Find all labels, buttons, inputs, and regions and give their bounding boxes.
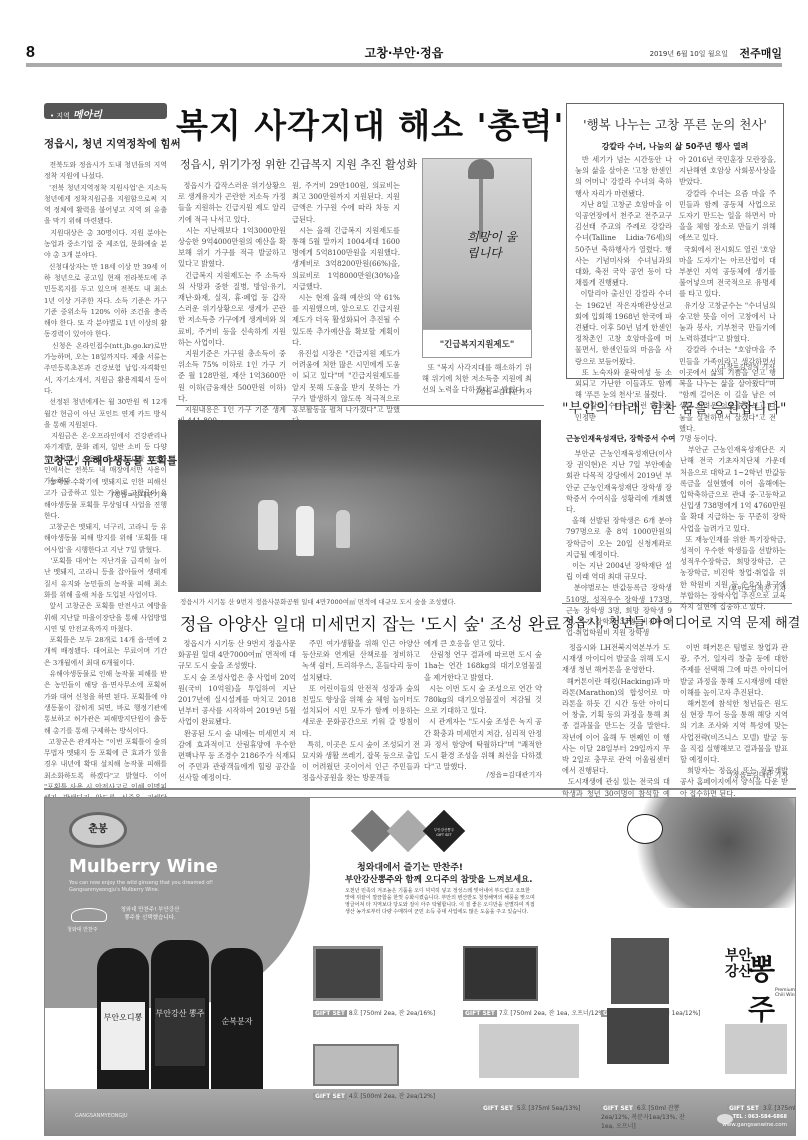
article-body: 정읍시와 LH전북지역본부가 도시재생 아이디어 발굴을 위해 도시재생 청년 … bbox=[562, 642, 670, 810]
main-subheadline: 정읍시, 위기가정 위한 긴급복지 지원 추진 활성화 bbox=[180, 156, 417, 172]
photo-caption: 정읍시가 시기동 산 9번지 정읍사문화공원 일대 4만7000여㎡ 면적에 대… bbox=[180, 597, 456, 606]
bell-icon bbox=[468, 159, 494, 179]
tree-canopy bbox=[178, 420, 541, 480]
gift-set-label: GIFT SET 4호 [500ml 2ea, 잔 2ea/12%] bbox=[313, 1091, 435, 1100]
article-wildlife-traps: 농작물 수확기에 멧돼지로 인한 피해신고가 급증하고 있는 가운데 고창군이 … bbox=[44, 477, 167, 828]
premium-label: Premium Chili Wine bbox=[775, 988, 796, 998]
tag-label: 메아리 bbox=[73, 110, 102, 121]
article-box-nun: '행복 나누는 고창 푸른 눈의 천사' 강칼라 수녀, 나눔의 삶 50주년 … bbox=[566, 103, 784, 379]
ad-website-link[interactable]: www.gangsanwine.com bbox=[722, 1122, 787, 1128]
chunbong-logo: 춘봉 bbox=[69, 812, 127, 848]
article-body: 주민 여가생활을 위해 인근 아양산 등산로와 연계된 산책로를 정비하고 녹색… bbox=[302, 638, 420, 784]
blue-house-text: 청와대 만찬주! 부안강산뽕주를 선택했습니다. bbox=[120, 906, 180, 922]
bottle-icon: 부안오디뽕 bbox=[97, 948, 149, 1098]
article-body: 전북도와 정읍시가 도내 청년들의 지역정착 지원에 나섰다. '전북 청년지역… bbox=[44, 160, 167, 488]
byline: /고창=김영식 기자 bbox=[717, 362, 775, 372]
ad-tagline: You can now enjoy the wild ginseng that … bbox=[69, 880, 229, 894]
article-subheadline: 강칼라 수녀, 나눔의 삶 50주년 행사 열려 bbox=[567, 141, 783, 152]
article-subheadline: 근농인재육성재단, 장학증서 수여 bbox=[566, 433, 676, 444]
mulberry-wine-advertisement: 춘봉 Mulberry Wine You can now enjoy the w… bbox=[44, 797, 796, 1136]
gift-set-label: GIFT SET 3호 [375ml 2ea/13%] bbox=[727, 1103, 796, 1112]
ad-phone: TEL : 063-584-6868 bbox=[733, 1114, 787, 1120]
ad-headline: 부안강산뽕주와 함께 오디주의 참맛을 느껴보세요. bbox=[345, 873, 533, 885]
article-youth-settlement: 전북도와 정읍시가 도내 청년들의 지역정착 지원에 나섰다. '전북 청년지역… bbox=[44, 160, 167, 500]
header-rule bbox=[26, 63, 782, 67]
child-figure bbox=[296, 506, 314, 556]
byline: /정읍=김대관기자 bbox=[424, 770, 542, 780]
gift-box-7 bbox=[463, 946, 538, 1001]
poster-calligraphy: 희망이 울립니다 bbox=[467, 229, 527, 261]
article-body: 부안군 근농인재육성재단(이사장 권익현)은 지난 7일 부안예술회관 다목적 … bbox=[566, 448, 672, 638]
ad-description: 오천년 민족의 겨조높은 기품을 오디 넉넉히 넣고 정성스레 빚어내어 부드럽… bbox=[345, 888, 535, 916]
main-headline: 복지 사각지대 해소 '총력' bbox=[176, 100, 564, 147]
gift-set-label: GIFT SET 8호 [750ml 2ea, 잔 2ea/16%] bbox=[313, 1008, 435, 1017]
poster-caption: "긴급복지지원제도" bbox=[423, 329, 531, 357]
divider bbox=[44, 788, 796, 790]
article-body: 정읍시가 시기동 산 9번지 정읍사문화공원 일대 4만7000여㎡ 면적에 대… bbox=[178, 638, 296, 784]
gift-box-1 bbox=[611, 938, 669, 1004]
gift-box-5 bbox=[479, 1024, 579, 1078]
article-headline: "부안의 미래, 힘찬 꿈을 응원합니다" bbox=[562, 398, 792, 418]
byline: /정읍=김대관 기자 bbox=[680, 770, 788, 780]
article-headline: '행복 나누는 고창 푸른 눈의 천사' bbox=[567, 115, 783, 133]
article-body: 아 2016년 국민훈장 모란장을, 지난해엔 호암상 사회봉사상을 받았다. … bbox=[679, 154, 776, 434]
gift-box-8 bbox=[313, 946, 383, 1001]
article-body: 정읍시가 갑작스러운 위기상황으로 생계유지가 곤란한 저소득 가정들을 지원하… bbox=[178, 180, 286, 426]
badge-label: 부안강산뽕주 GIFT SET bbox=[431, 828, 457, 837]
mascot-icon bbox=[627, 814, 663, 844]
gift-box-3 bbox=[725, 1024, 787, 1074]
ad-title: Mulberry Wine bbox=[69, 856, 218, 877]
bullet-icon: • bbox=[50, 112, 54, 120]
article-body: 원, 주거비 29만100원, 의료비는 최고 300만원까지 지원된다. 지원… bbox=[292, 180, 400, 426]
child-figure bbox=[336, 510, 350, 548]
article-headline: 정읍시, 청년 지역정착에 힘써 bbox=[44, 136, 181, 151]
byline: /부안=김석진 기자 bbox=[680, 584, 786, 594]
divider bbox=[562, 603, 792, 604]
child-figure bbox=[258, 500, 278, 550]
company-logo: GANGSANMYEONGJU bbox=[75, 1113, 128, 1119]
bottle-icon: 순복분자 bbox=[211, 948, 263, 1098]
bottle-icon: 부안강산 뽕주 bbox=[151, 940, 209, 1098]
article-body: 농작물 수확기에 멧돼지로 인한 피해신고가 급증하고 있는 가운데 고창군이 … bbox=[44, 477, 167, 816]
byline: /정읍=김대관기자 bbox=[422, 387, 532, 397]
issue-date: 2019년 6월 10일 월요일 bbox=[650, 49, 728, 59]
article-headline: 정읍 아양산 일대 미세먼지 잡는 '도시 숲' 조성 완료 bbox=[180, 610, 561, 635]
article-body: 반 세기가 넘는 시간동안 나눔의 삶을 살아온 '고창 한센인의 어머니' 강… bbox=[575, 154, 672, 423]
newspaper-name: 전주매일 bbox=[739, 45, 782, 61]
gift-set-label: GIFT SET 7호 [750ml 2ea, 잔 1ea, 오프너/12%] bbox=[463, 1008, 606, 1017]
article-body: 에게 큰 호응을 얻고 있다. 산림청 연구 결과에 따르면 도시 숲 1ha는… bbox=[424, 638, 542, 772]
article-headline: 정읍시, 청년들 아이디어로 지역 문제 해결 bbox=[562, 612, 800, 631]
blue-house-icon bbox=[71, 908, 107, 922]
gift-set-label: GIFT SET 6호 [50ml 잔뽕2ea/12%, 복분자1ea/13%,… bbox=[601, 1103, 691, 1130]
city-forest-photo bbox=[178, 420, 541, 592]
region-tag: • 지역메아리 bbox=[44, 103, 167, 119]
ad-headline: 청와대에서 즐기는 만찬주! bbox=[357, 860, 463, 873]
gift-box-6 bbox=[607, 1008, 669, 1064]
divider bbox=[176, 405, 544, 406]
welfare-poster: 희망이 울립니다 "긴급복지지원제도" bbox=[422, 158, 532, 358]
gift-set-label: GIFT SET 5호 [375ml 5ea/13%] bbox=[481, 1103, 581, 1112]
gift-box-4 bbox=[313, 1044, 399, 1086]
blue-house-caption: 청와대 만찬주 bbox=[67, 926, 98, 933]
